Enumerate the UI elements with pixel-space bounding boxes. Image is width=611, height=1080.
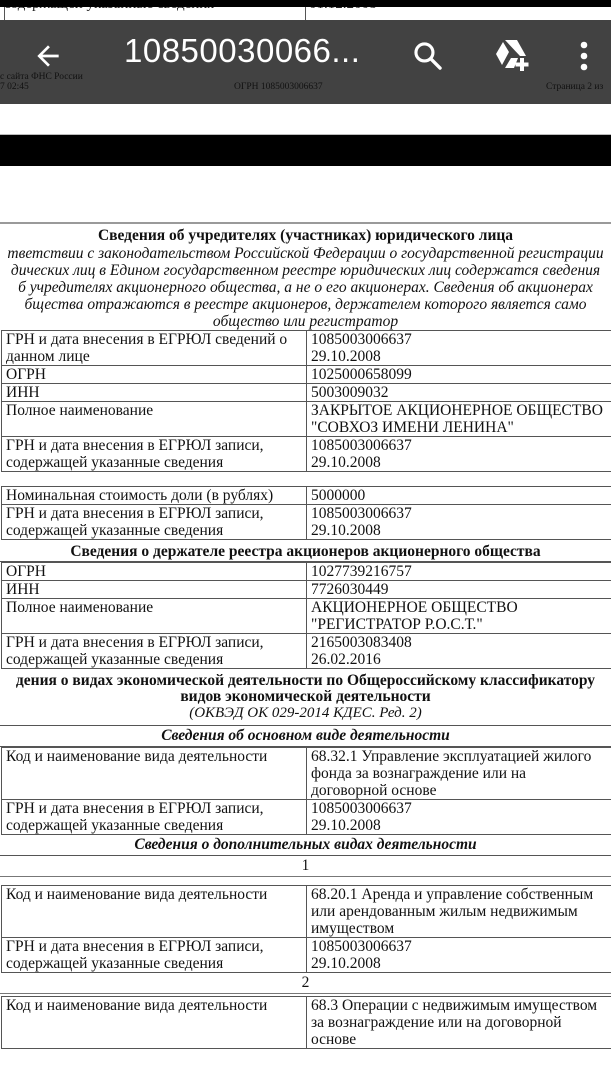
pdf-header-source: с сайта ФНС России [0, 72, 83, 82]
pdf-header-page: Страница 2 из [546, 82, 603, 92]
redaction-bar [0, 135, 611, 166]
search-icon[interactable] [406, 34, 450, 78]
additional-activity-title: Сведения о дополнительных видах деятельн… [0, 835, 611, 856]
founders-table: ГРН и дата внесения в ЕГРЮЛ сведений о д… [1, 330, 611, 472]
okved-edition: (ОКВЭД ОК 029-2014 КДЕС. Ред. 2) [0, 705, 611, 725]
table-row: ГРН и дата внесения в ЕГРЮЛ сведений о д… [2, 331, 611, 366]
additional-item-index: 1 [0, 856, 611, 877]
table-row: ОГРН 1027739216757 [2, 563, 611, 581]
founders-note: тветствии с законодательством Российской… [0, 245, 611, 330]
share-table: Номинальная стоимость доли (в рублях) 50… [1, 486, 611, 540]
additional-activity-table-1: Код и наименование вида деятельности 68.… [1, 885, 611, 973]
main-activity-table: Код и наименование вида деятельности 68.… [1, 747, 611, 835]
app-toolbar: 10850030066... с сайта ФНС России 7 02:4… [0, 20, 611, 104]
table-row: ОГРН 1025000658099 [2, 366, 611, 384]
table-row: ГРН и дата внесения в ЕГРЮЛ записи, соде… [2, 437, 611, 472]
table-row: Полное наименование АКЦИОНЕРНОЕ ОБЩЕСТВО… [2, 599, 611, 634]
pdf-header-time: 7 02:45 [0, 82, 29, 92]
pdf-header-ogrn: ОГРН 1085003006637 [234, 82, 323, 92]
document-title: 10850030066... [124, 32, 360, 70]
document-page: Сведения об учредителях (участниках) юри… [0, 222, 611, 1049]
more-vert-icon[interactable] [568, 34, 600, 78]
additional-item-index: 2 [0, 973, 611, 994]
page-gap [0, 104, 611, 135]
status-bar [0, 0, 611, 7]
table-row: ГРН и дата внесения в ЕГРЮЛ записи, соде… [2, 505, 611, 540]
registrar-table: ОГРН 1027739216757 ИНН 7726030449 Полное… [1, 562, 611, 669]
table-row: ГРН и дата внесения в ЕГРЮЛ записи, соде… [2, 800, 611, 835]
table-row: Код и наименование вида деятельности 68.… [2, 886, 611, 938]
table-row: Код и наименование вида деятельности 68.… [2, 748, 611, 800]
table-row: Полное наименование ЗАКРЫТОЕ АКЦИОНЕРНОЕ… [2, 402, 611, 437]
add-to-drive-icon[interactable] [488, 34, 536, 78]
founders-title: Сведения об учредителях (участниках) юри… [0, 224, 611, 245]
table-row: ГРН и дата внесения в ЕГРЮЛ записи, соде… [2, 938, 611, 973]
okved-title: дения о видах экономической деятельности… [0, 669, 611, 705]
table-row: Код и наименование вида деятельности 68.… [2, 997, 611, 1049]
additional-activity-table-2: Код и наименование вида деятельности 68.… [1, 996, 611, 1049]
table-row: ИНН 7726030449 [2, 581, 611, 599]
spacer [0, 472, 611, 486]
table-row: Номинальная стоимость доли (в рублях) 50… [2, 487, 611, 505]
table-row: ГРН и дата внесения в ЕГРЮЛ записи, соде… [2, 634, 611, 669]
registrar-title: Сведения о держателе реестра акционеров … [0, 540, 611, 562]
table-row: ИНН 5003009032 [2, 384, 611, 402]
main-activity-title: Сведения об основном виде деятельности [0, 726, 611, 747]
